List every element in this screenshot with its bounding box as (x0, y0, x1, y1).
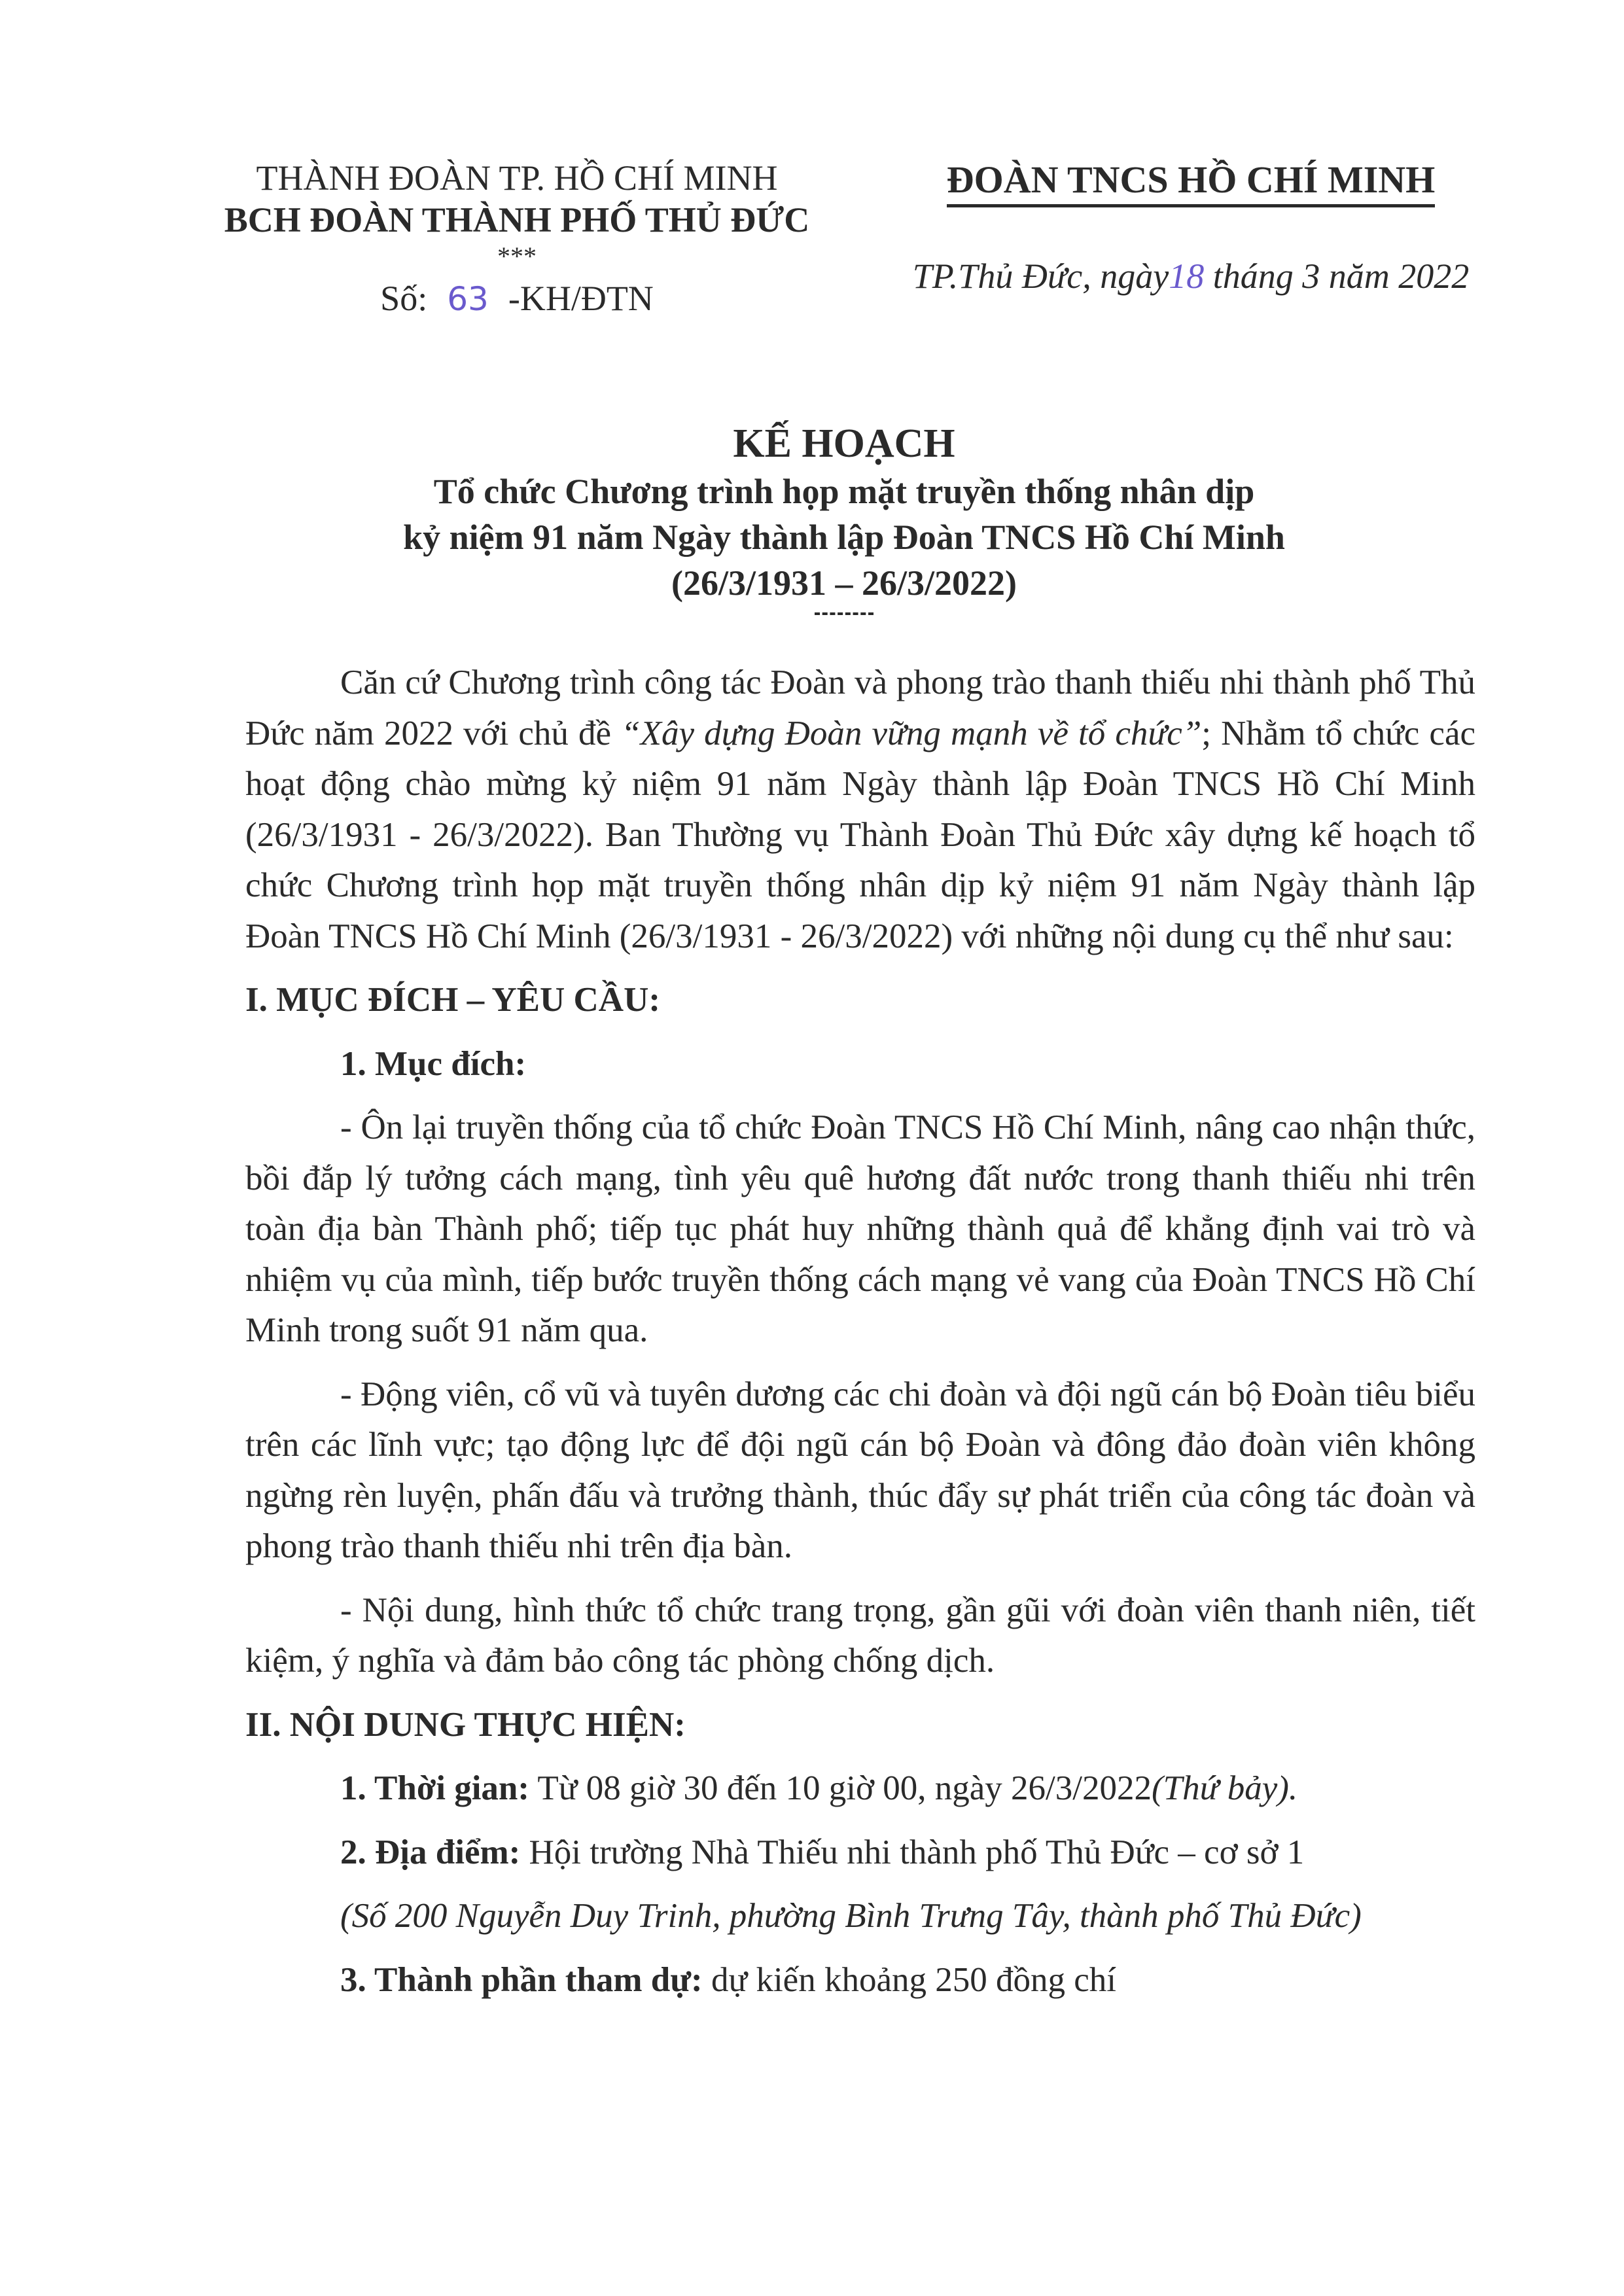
purpose-item: - Nội dung, hình thức tổ chức trang trọn… (245, 1585, 1475, 1687)
intro-paragraph: Căn cứ Chương trình công tác Đoàn và pho… (245, 658, 1475, 962)
union-name: ĐOÀN TNCS HỒ CHÍ MINH (947, 157, 1436, 207)
issuing-org: BCH ĐOÀN THÀNH PHỐ THỦ ĐỨC (196, 199, 838, 241)
attendees-value: dự kiến khoảng 250 đồng chí (703, 1961, 1116, 1999)
number-suffix: -KH/ĐTN (508, 279, 654, 318)
time-value: Từ 08 giờ 30 đến 10 giờ 00, ngày 26/3/20… (529, 1769, 1152, 1807)
document-number: Số:63-KH/ĐTN (196, 272, 838, 325)
national-header: ĐOÀN TNCS HỒ CHÍ MINH TP.Thủ Đức, ngày18… (864, 157, 1518, 299)
title-line-1: Tổ chức Chương trình họp mặt truyền thốn… (196, 468, 1492, 514)
title-line-2: kỷ niệm 91 năm Ngày thành lập Đoàn TNCS … (196, 514, 1492, 560)
attendees-label: 3. Thành phần tham dự: (340, 1961, 703, 1999)
time-item: 1. Thời gian: Từ 08 giờ 30 đến 10 giờ 00… (245, 1763, 1475, 1814)
time-label: 1. Thời gian: (340, 1769, 529, 1807)
time-weekday: (Thứ bảy). (1152, 1769, 1297, 1807)
separator-stars: *** (196, 241, 838, 272)
section-2-heading: II. NỘI DUNG THỰC HIỆN: (245, 1700, 1475, 1751)
handwritten-day: 18 (1169, 256, 1204, 296)
place-address: (Số 200 Nguyễn Duy Trinh, phường Bình Tr… (245, 1891, 1475, 1942)
section-1-heading: I. MỤC ĐÍCH – YÊU CẦU: (245, 975, 1475, 1026)
issuing-authority: THÀNH ĐOÀN TP. HỒ CHÍ MINH BCH ĐOÀN THÀN… (196, 157, 838, 325)
parent-org: THÀNH ĐOÀN TP. HỒ CHÍ MINH (196, 157, 838, 199)
place-date: TP.Thủ Đức, ngày18 tháng 3 năm 2022 (864, 253, 1518, 299)
title-line-3: (26/3/1931 – 26/3/2022) (196, 560, 1492, 606)
address-text: (Số 200 Nguyễn Duy Trinh, phường Bình Tr… (340, 1897, 1362, 1935)
place-label: 2. Địa điểm: (340, 1833, 520, 1871)
date-suffix: tháng 3 năm 2022 (1213, 256, 1470, 296)
handwritten-number: 63 (427, 280, 508, 318)
place-value: Hội trường Nhà Thiếu nhi thành phố Thủ Đ… (520, 1833, 1304, 1871)
number-prefix: Số: (380, 279, 427, 318)
purpose-item: - Động viên, cổ vũ và tuyên dương các ch… (245, 1369, 1475, 1572)
title-main: KẾ HOẠCH (196, 419, 1492, 468)
purpose-item: - Ôn lại truyền thống của tổ chức Đoàn T… (245, 1103, 1475, 1356)
title-divider (815, 612, 874, 615)
attendees-item: 3. Thành phần tham dự: dự kiến khoảng 25… (245, 1955, 1475, 2006)
place-item: 2. Địa điểm: Hội trường Nhà Thiếu nhi th… (245, 1828, 1475, 1879)
document-title: KẾ HOẠCH Tổ chức Chương trình họp mặt tr… (196, 419, 1492, 615)
date-prefix: TP.Thủ Đức, ngày (913, 256, 1169, 296)
intro-theme-quote: “Xây dựng Đoàn vững mạnh về tổ chức” (621, 715, 1201, 752)
document-body: Căn cứ Chương trình công tác Đoàn và pho… (245, 658, 1475, 2005)
subsection-purpose-heading: 1. Mục đích: (245, 1039, 1475, 1090)
